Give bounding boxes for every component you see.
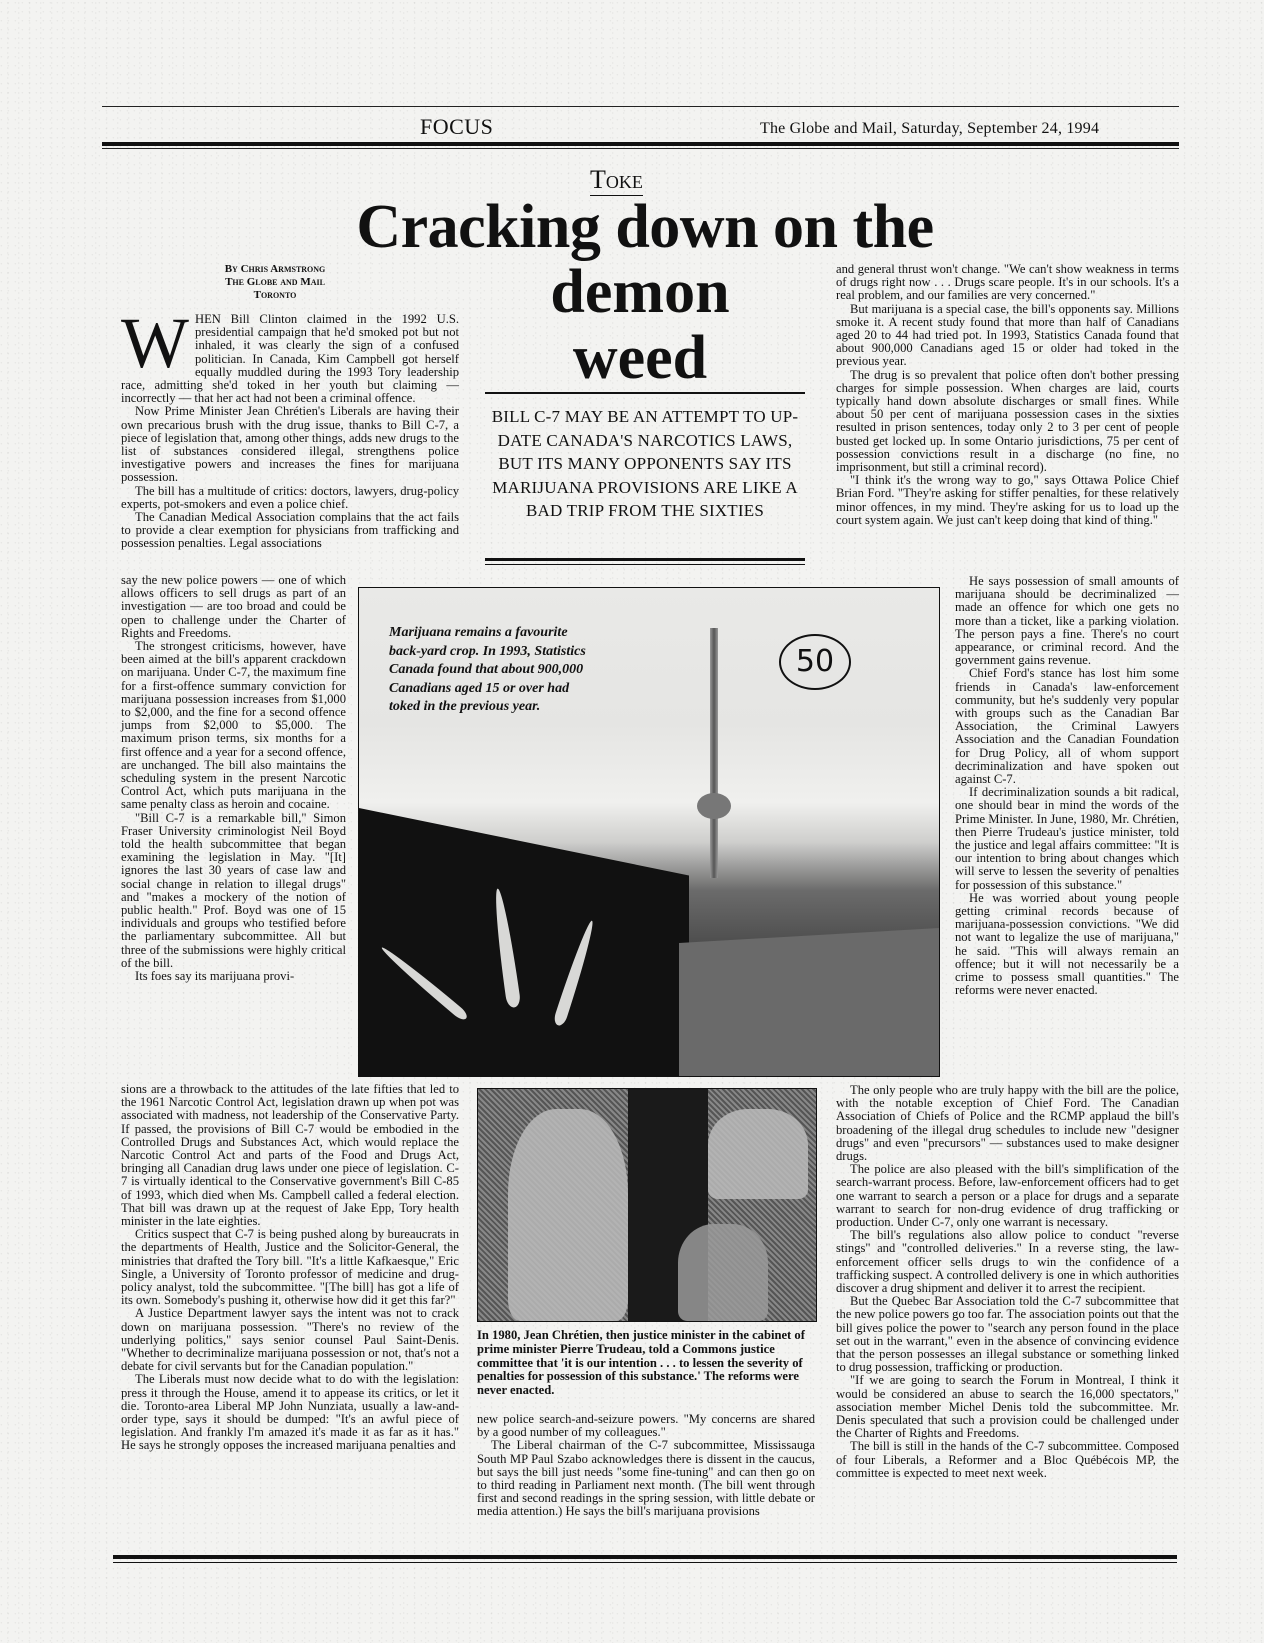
column-3-top: and general thrust won't change. "We can…	[836, 263, 1179, 527]
paragraph: The bill's regulations also allow police…	[836, 1229, 1179, 1295]
lede-paragraph: WHEN Bill Clinton claimed in the 1992 U.…	[121, 313, 459, 405]
paragraph: Chief Ford's stance has lost him some fr…	[955, 667, 1179, 786]
deck-rule-bottom	[485, 558, 805, 561]
paragraph: The Liberal chairman of the C-7 subcommi…	[477, 1439, 815, 1518]
column-1-top: WHEN Bill Clinton claimed in the 1992 U.…	[121, 313, 459, 551]
roof-shape	[679, 928, 939, 1077]
column-3-narrow: He says possession of small amounts of m…	[955, 575, 1179, 998]
dropcap: W	[121, 315, 189, 371]
paragraph: But marijuana is a special case, the bil…	[836, 303, 1179, 369]
photo-caption-second: In 1980, Jean Chrétien, then justice min…	[477, 1329, 815, 1398]
paragraph: say the new police powers — one of which…	[121, 574, 346, 640]
paragraph: The police are also pleased with the bil…	[836, 1163, 1179, 1229]
paragraph: A Justice Department lawyer says the int…	[121, 1307, 459, 1373]
deck: Bill C-7 may be an attempt to up-date Ca…	[485, 405, 805, 523]
headline-weed: weed	[480, 326, 800, 390]
figure-clapping-man	[708, 1109, 808, 1199]
headline-demon: demon	[480, 260, 800, 324]
footer-rule-thin	[113, 1562, 1177, 1563]
paragraph: He says possession of small amounts of m…	[955, 575, 1179, 667]
figure-standing-man	[508, 1109, 628, 1321]
header-rule-thin	[102, 148, 1179, 149]
paragraph: Critics suspect that C-7 is being pushed…	[121, 1228, 459, 1307]
paragraph: The bill has a multitude of critics: doc…	[121, 485, 459, 511]
handwritten-circled-number: 50	[779, 634, 851, 690]
figure-seated-man	[678, 1224, 768, 1321]
photo-caption: Marijuana remains a favourite back-yard …	[389, 624, 599, 717]
deck-rule-top	[485, 392, 805, 394]
paragraph: The only people who are truly happy with…	[836, 1084, 1179, 1163]
byline-author: By Chris Armstrong	[200, 263, 350, 276]
paragraph: "I think it's the wrong way to go," says…	[836, 474, 1179, 527]
paragraph: He was worried about young people gettin…	[955, 892, 1179, 998]
column-1-narrow: say the new police powers — one of which…	[121, 574, 346, 983]
paragraph: and general thrust won't change. "We can…	[836, 263, 1179, 303]
kicker: Toke	[590, 166, 643, 196]
paragraph: The Liberals must now decide what to do …	[121, 1373, 459, 1452]
section-label: FOCUS	[420, 114, 493, 140]
paragraph: Its foes say its marijuana provi-	[121, 970, 346, 983]
paragraph: The drug is so prevalent that police oft…	[836, 369, 1179, 475]
top-rule	[102, 106, 1179, 107]
paragraph: "If we are going to search the Forum in …	[836, 1374, 1179, 1440]
paragraph: new police search-and-seizure powers. "M…	[477, 1413, 815, 1439]
column-3-bottom: The only people who are truly happy with…	[836, 1084, 1179, 1480]
photo-chretien-trudeau	[477, 1088, 817, 1322]
column-1-bottom: sions are a throwback to the attitudes o…	[121, 1083, 459, 1453]
byline-publication: The Globe and Mail	[200, 276, 350, 289]
paragraph: Now Prime Minister Jean Chrétien's Liber…	[121, 405, 459, 484]
paragraph: If decriminalization sounds a bit radica…	[955, 786, 1179, 892]
paragraph: The bill is still in the hands of the C-…	[836, 1440, 1179, 1480]
photo-marijuana-cn-tower: Marijuana remains a favourite back-yard …	[358, 587, 940, 1077]
cn-tower-shape	[710, 628, 718, 878]
cn-tower-pod	[697, 793, 731, 819]
deck-rule-bottom-thin	[485, 564, 805, 565]
byline-location: Toronto	[200, 289, 350, 302]
byline: By Chris Armstrong The Globe and Mail To…	[200, 263, 350, 302]
headline: Cracking down on the	[300, 196, 990, 258]
masthead-dateline: The Globe and Mail, Saturday, September …	[760, 120, 1099, 138]
photo-shadow	[359, 808, 689, 1077]
column-2-bottom: new police search-and-seizure powers. "M…	[477, 1413, 815, 1519]
header-rule-thick	[102, 142, 1179, 146]
paragraph: "Bill C-7 is a remarkable bill," Simon F…	[121, 812, 346, 970]
paragraph: sions are a throwback to the attitudes o…	[121, 1083, 459, 1228]
paragraph: The Canadian Medical Association complai…	[121, 511, 459, 551]
paragraph: But the Quebec Bar Association told the …	[836, 1295, 1179, 1374]
paragraph: The strongest criticisms, however, have …	[121, 640, 346, 812]
footer-rule-thick	[113, 1555, 1177, 1559]
